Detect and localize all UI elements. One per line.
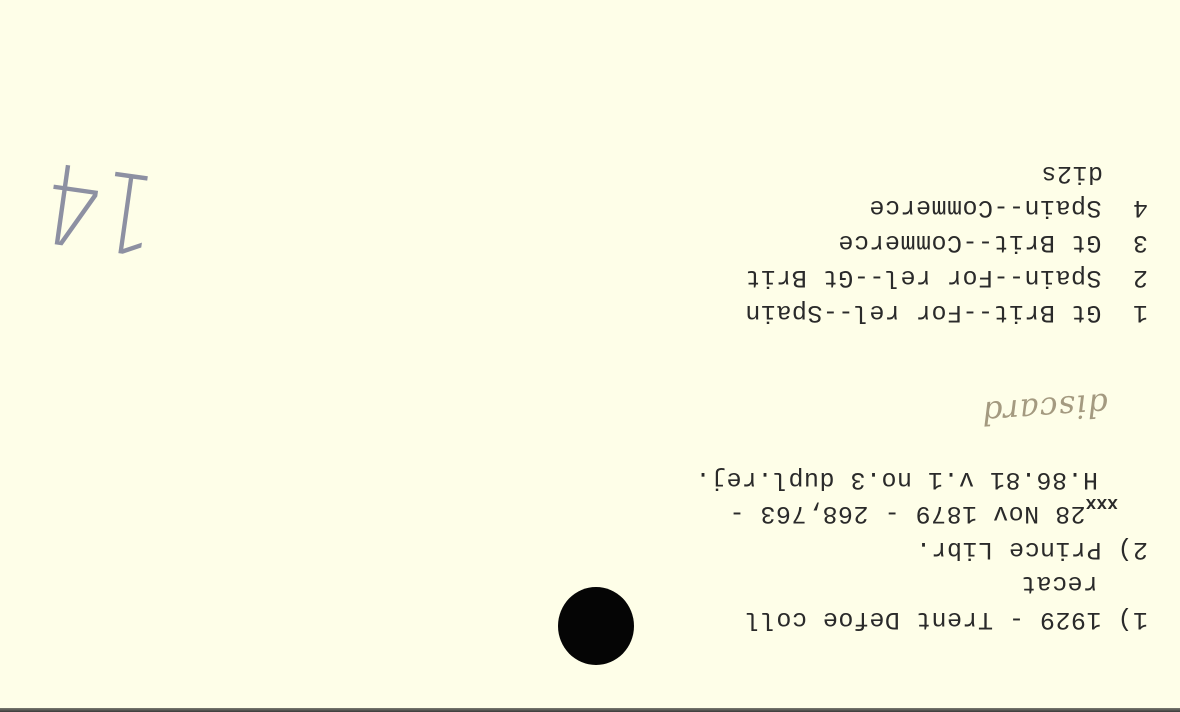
source-entry-2-accession: xxx28 Nov 1879 - 268,763 - [729,496,1118,528]
tracing-number: 2 [1132,263,1148,292]
strikeout-mark: xxx [1086,493,1118,513]
tracing-2: 2 Spain--For rel--Gt Brit [745,262,1148,292]
tracing-number: 1 [1132,298,1148,327]
entry-number: 1) [1117,605,1148,634]
entry-text: 1929 - Trent Defoe coll [745,605,1102,634]
source-entry-2: 2) Prince Libr. [915,534,1148,564]
tracing-number: 3 [1132,228,1148,257]
punch-hole [558,587,634,665]
tracing-4: 4 Spain--Commerce [869,192,1148,222]
tracing-extra: di2s [1041,158,1103,188]
entry-text: recat [1020,569,1098,598]
source-entry-2-callno: H.86.81 v.1 no.3 dupl.rej. [695,464,1098,494]
catalog-card: 1) 1929 - Trent Defoe coll recat 2) Prin… [0,0,1180,712]
card-bottom-edge [0,708,1180,712]
source-entry-1-note: recat [1020,568,1098,598]
tracing-text: Spain--For rel--Gt Brit [745,263,1102,292]
entry-number: 2) [1117,535,1148,564]
tracing-3: 3 Gt Brit--Commerce [838,227,1148,257]
handwritten-number: 14 [36,137,165,279]
handwritten-discard-note: discard [980,386,1109,433]
tracing-1: 1 Gt Brit--For rel--Spain [745,297,1148,327]
tracing-text: Gt Brit--For rel--Spain [745,298,1102,327]
entry-text: H.86.81 v.1 no.3 dupl.rej. [695,465,1098,494]
entry-text: Prince Libr. [915,535,1101,564]
tracing-text: Spain--Commerce [869,193,1102,222]
entry-text: 28 Nov 1879 - 268,763 - [729,499,1086,528]
source-entry-1: 1) 1929 - Trent Defoe coll [745,604,1148,634]
tracing-number: 4 [1132,193,1148,222]
tracing-text: Gt Brit--Commerce [838,228,1102,257]
tracing-text: di2s [1041,159,1103,188]
